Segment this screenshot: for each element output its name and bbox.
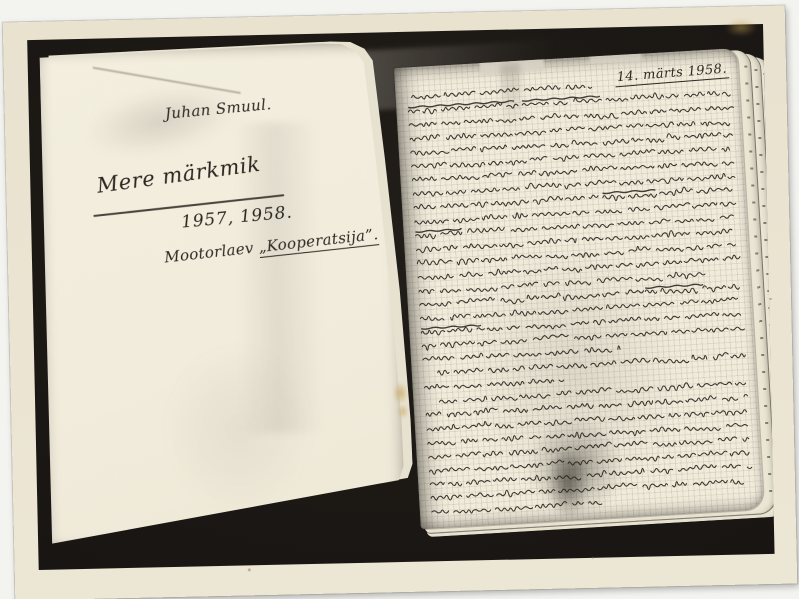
foxing-speck	[592, 557, 594, 559]
yellow-stain-border	[725, 18, 757, 37]
left-page: Juhan Smuul. Mere märkmik 1957, 1958. Mo…	[37, 42, 408, 548]
foxing-speck	[248, 568, 251, 571]
right-page: 14. märts 1958.	[394, 48, 764, 529]
handwriting-strokes	[394, 48, 764, 529]
foxing-speck	[769, 298, 772, 300]
yellow-stain	[397, 404, 408, 419]
photo-dark-area: Juhan Smuul. Mere märkmik 1957, 1958. Mo…	[27, 24, 774, 570]
scanned-photograph: Juhan Smuul. Mere märkmik 1957, 1958. Mo…	[0, 0, 799, 599]
yellow-stain	[393, 382, 408, 404]
photo-print-paper: Juhan Smuul. Mere märkmik 1957, 1958. Mo…	[3, 6, 797, 599]
left-page-smudge	[162, 342, 316, 515]
